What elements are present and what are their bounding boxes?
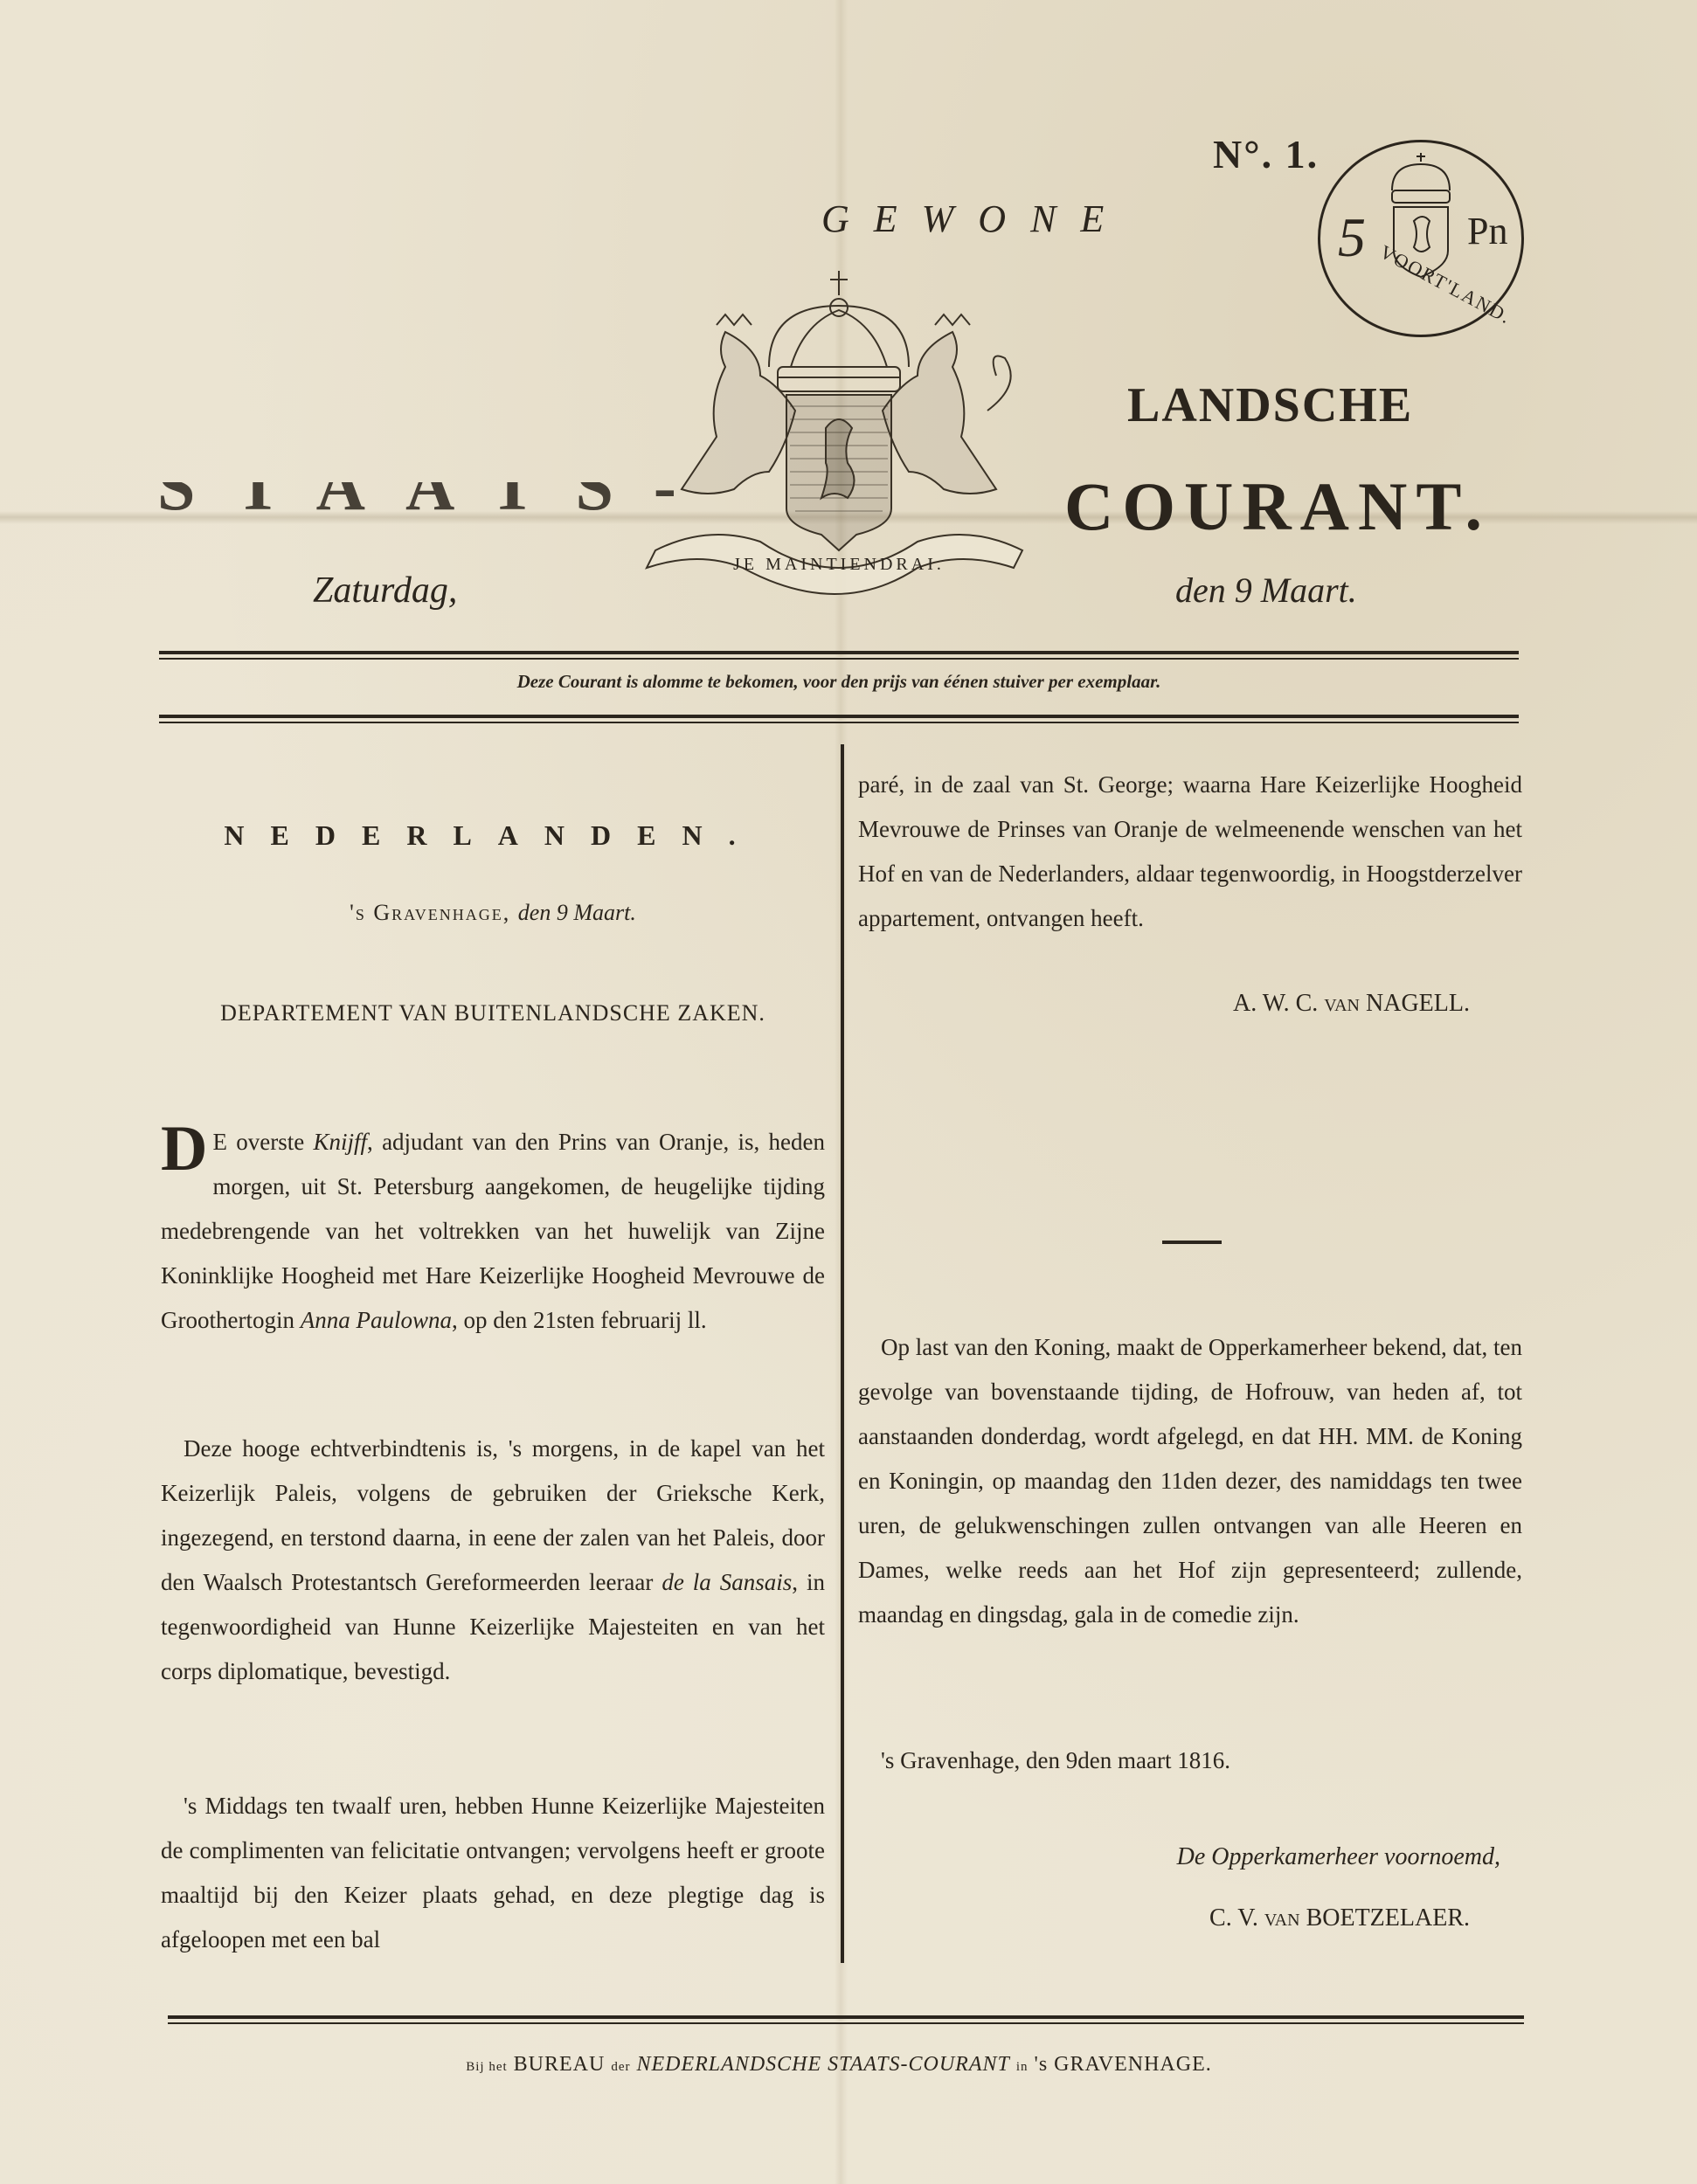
signer-title: De Opperkamerheer voornoemd, [858, 1835, 1500, 1879]
imprint-text: BUREAU [514, 2053, 606, 2076]
person-name: Anna Paulowna [301, 1307, 452, 1333]
signature-nagell: A. W. C. van NAGELL. [858, 981, 1470, 1026]
signature-name: BOETZELAER. [1306, 1904, 1470, 1932]
tax-stamp-icon: 5 Pn VOORT'LAND. [1318, 140, 1524, 337]
paragraph-text: , adjudant van den Prins van Oranje, is,… [161, 1129, 825, 1333]
department-heading: DEPARTEMENT VAN BUITENLANDSCHE ZAKEN. [161, 1000, 825, 1026]
imprint-paper-name: NEDERLANDSCHE STAATS-COURANT [636, 2053, 1009, 2076]
footer-rule [168, 2015, 1524, 2024]
section-heading-nederlanden: NEDERLANDEN. [161, 819, 825, 852]
motto-text: JE MAINTIENDRAI. [733, 555, 945, 574]
signature-boetzelaer: C. V. van BOETZELAER. [858, 1896, 1470, 1940]
signature-initials: C. V. [1209, 1904, 1258, 1932]
paragraph-text: 's Middags ten twaalf uren, hebben Hunne… [161, 1784, 825, 1962]
dateline: 's Gravenhage, den 9 Maart. [161, 900, 825, 926]
issue-date: den 9 Maart. [1175, 570, 1357, 611]
signature-name: NAGELL. [1366, 990, 1470, 1017]
section-separator [1162, 1241, 1222, 1244]
signature-particle: van [1264, 1904, 1300, 1932]
announcement-paragraph: Op last van den Koning, maakt de Opperka… [858, 1325, 1522, 1637]
stamp-value: 5 [1338, 205, 1366, 270]
title-gewone: GEWONE [821, 197, 1128, 241]
column-divider [841, 744, 844, 1963]
person-name: de la Sansais [661, 1569, 792, 1595]
paragraph-text: , op den 21sten februarij ll. [452, 1307, 707, 1333]
article-paragraph-3: 's Middags ten twaalf uren, hebben Hunne… [161, 1784, 825, 1962]
masthead-rule-top [159, 651, 1519, 660]
stamp-unit: Pn [1467, 209, 1507, 253]
paragraph-text: Op last van den Koning, maakt de Opperka… [858, 1325, 1522, 1637]
dateline-date: den 9 Maart. [518, 900, 636, 925]
title-courant: COURANT. [1064, 467, 1491, 546]
signature-particle: van [1324, 990, 1360, 1017]
weekday: Zaturdag, [313, 570, 457, 612]
imprint-text: Bij het [466, 2060, 507, 2074]
imprint-text: der [611, 2060, 630, 2074]
place-date-text: 's Gravenhage, den 9den maart 1816. [858, 1738, 1522, 1783]
dateline-place: 's Gravenhage, [350, 900, 510, 925]
price-tagline: Deze Courant is alomme te bekomen, voor … [159, 671, 1519, 693]
paragraph-text: paré, in de zaal van St. George; waarna … [858, 763, 1522, 941]
drop-cap: D [161, 1123, 207, 1174]
imprint-text: in [1016, 2060, 1029, 2074]
place-date: 's Gravenhage, den 9den maart 1816. [858, 1738, 1522, 1783]
article-paragraph-1: DE overste Knijff, adjudant van den Prin… [161, 1120, 825, 1343]
article-paragraph-2: Deze hooge echtverbindtenis is, 's morge… [161, 1427, 825, 1694]
imprint-city: 's GRAVENHAGE. [1035, 2053, 1212, 2076]
imprint: Bij het BUREAU der NEDERLANDSCHE STAATS-… [159, 2053, 1519, 2077]
paragraph-text: E overste [212, 1129, 313, 1155]
masthead-rule-bottom [159, 715, 1519, 723]
person-name: Knijff [314, 1129, 368, 1155]
signature-initials: A. W. C. [1233, 990, 1318, 1017]
article-continuation: paré, in de zaal van St. George; waarna … [858, 763, 1522, 941]
issue-number: N°. 1. [1213, 131, 1319, 177]
title-landsche: LANDSCHE [1127, 377, 1413, 433]
coat-of-arms-icon: JE MAINTIENDRAI. [629, 262, 1049, 612]
